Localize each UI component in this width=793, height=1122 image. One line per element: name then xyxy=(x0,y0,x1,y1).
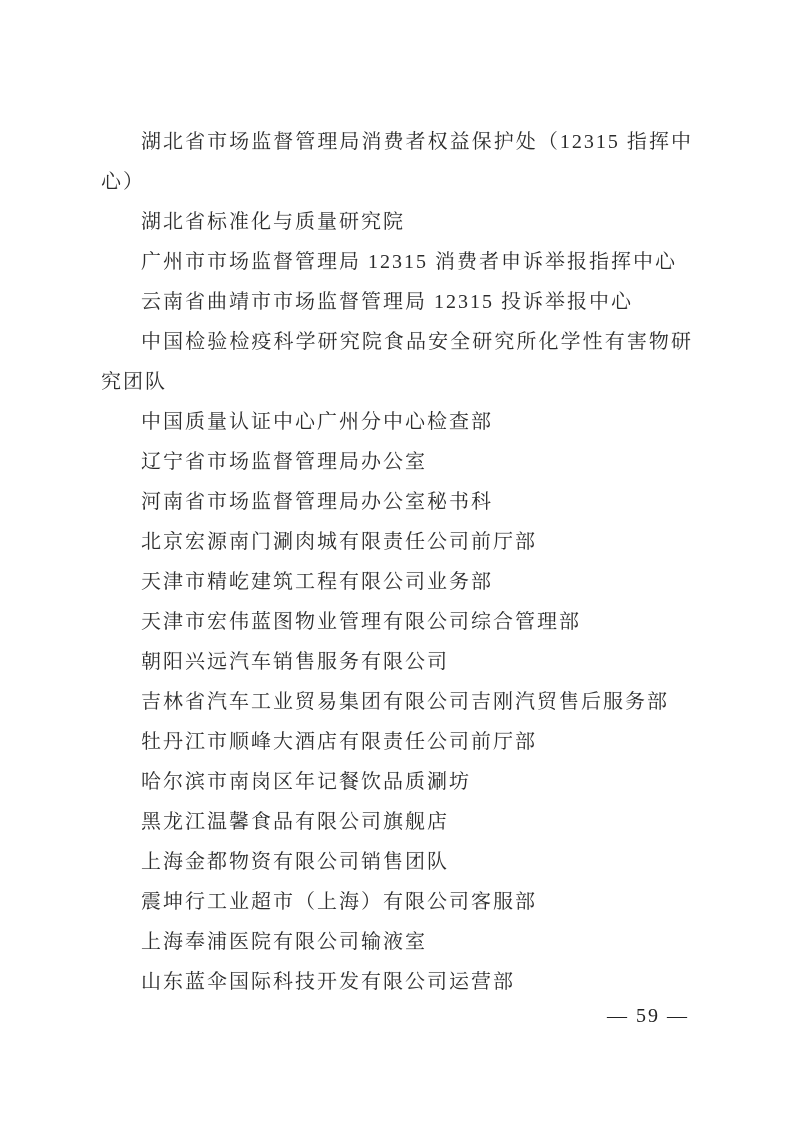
entry-liaoning-office: 辽宁省市场监督管理局办公室 xyxy=(101,442,693,482)
entry-shandong-lansan-tech: 山东蓝伞国际科技开发有限公司运营部 xyxy=(101,962,693,1002)
entry-caiq-food-safety-team: 中国检验检疫科学研究院食品安全研究所化学性有害物研究团队 xyxy=(101,322,693,402)
entry-harbin-nangang-hotpot: 哈尔滨市南岗区年记餐饮品质涮坊 xyxy=(101,762,693,802)
entry-tianjin-jingyi-construction: 天津市精屹建筑工程有限公司业务部 xyxy=(101,562,693,602)
entry-zkh-industrial-supermarket: 震坤行工业超市（上海）有限公司客服部 xyxy=(101,882,693,922)
entry-mudanjiang-shunfeng-hotel: 牡丹江市顺峰大酒店有限责任公司前厅部 xyxy=(101,722,693,762)
entry-chaoyang-xingyuan-auto: 朝阳兴远汽车销售服务有限公司 xyxy=(101,642,693,682)
entry-tianjin-hongwei-property: 天津市宏伟蓝图物业管理有限公司综合管理部 xyxy=(101,602,693,642)
entry-guangzhou-12315: 广州市市场监督管理局 12315 消费者申诉举报指挥中心 xyxy=(101,242,693,282)
entry-cqc-guangzhou-branch: 中国质量认证中心广州分中心检查部 xyxy=(101,402,693,442)
entry-hubei-standards-institute: 湖北省标准化与质量研究院 xyxy=(101,202,693,242)
entry-heilongjiang-wenxin-food: 黑龙江温馨食品有限公司旗舰店 xyxy=(101,802,693,842)
entry-beijing-hongyuan-restaurant: 北京宏源南门涮肉城有限责任公司前厅部 xyxy=(101,522,693,562)
entry-yunnan-qujing-12315: 云南省曲靖市市场监督管理局 12315 投诉举报中心 xyxy=(101,282,693,322)
entry-jilin-auto-trade-group: 吉林省汽车工业贸易集团有限公司吉刚汽贸售后服务部 xyxy=(101,682,693,722)
page-number: — 59 — xyxy=(607,1001,689,1031)
entry-hubei-12315-center: 湖北省市场监督管理局消费者权益保护处（12315 指挥中心） xyxy=(101,122,693,202)
entry-shanghai-jindu-materials: 上海金都物资有限公司销售团队 xyxy=(101,842,693,882)
entry-shanghai-fengpu-hospital: 上海奉浦医院有限公司输液室 xyxy=(101,922,693,962)
entry-henan-secretary-section: 河南省市场监督管理局办公室秘书科 xyxy=(101,482,693,522)
entry-list: 湖北省市场监督管理局消费者权益保护处（12315 指挥中心） 湖北省标准化与质量… xyxy=(101,122,693,1002)
document-page: 湖北省市场监督管理局消费者权益保护处（12315 指挥中心） 湖北省标准化与质量… xyxy=(0,0,793,1122)
